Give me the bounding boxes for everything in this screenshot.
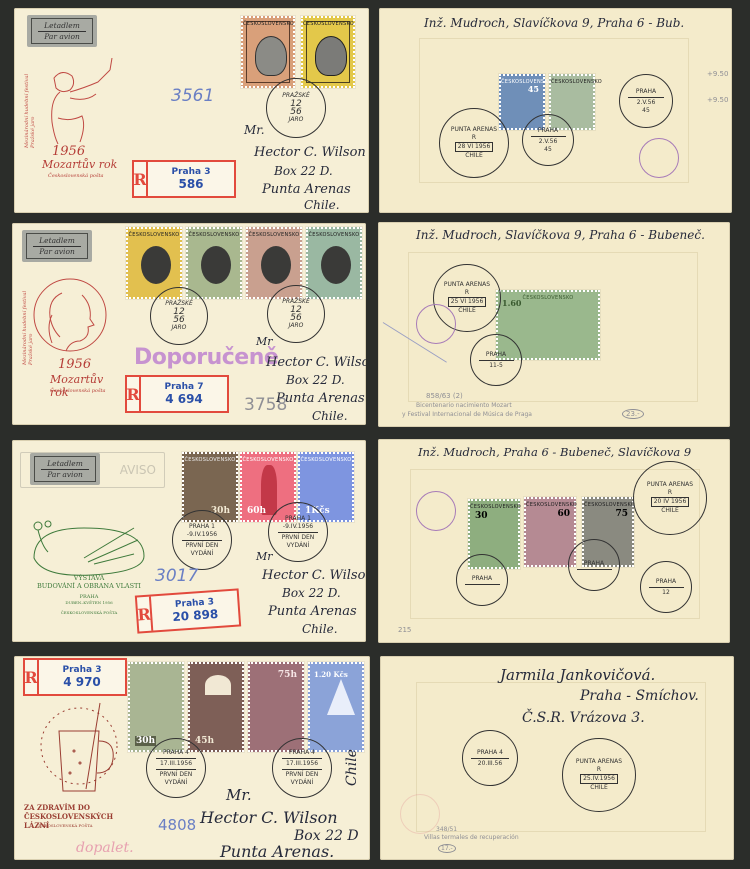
stamp: ČESKOSLOVENSKO xyxy=(241,16,295,88)
spa-cachet: ZA ZDRAVÍM DO ČESKOSLOVENSKÝCH LÁZNÍ ČES… xyxy=(24,701,139,831)
cover-3-back: Inž. Mudroch, Praha 6 - Bubeneč, Slavíčk… xyxy=(378,439,730,643)
pencil-note: +9.50 xyxy=(707,70,728,78)
pencil-price: 23.- xyxy=(622,409,644,419)
address-city: Punta Arenas xyxy=(262,182,351,197)
violet-handstamp xyxy=(416,304,456,344)
address-city: Punta Arenas xyxy=(268,604,357,619)
postmark-punta-arenas: PUNTA ARENAS R 20 IV 1956 CHILE xyxy=(633,461,707,535)
postmark-praha: PRAHA xyxy=(456,554,508,606)
pencil-note: 215 xyxy=(398,626,411,634)
glass-mug-icon xyxy=(24,701,139,801)
address-country: Chile. xyxy=(304,198,340,212)
pencil-note: y Festival Internacional de Música de Pr… xyxy=(402,411,532,418)
address-name: Hector C. Wilson xyxy=(254,145,366,160)
palette-brushes-icon xyxy=(24,518,154,578)
pencil-number: 4808 xyxy=(158,816,196,834)
postmark-praha: PRAHA 11-5 xyxy=(470,334,522,386)
address-name: Hector C. Wilson xyxy=(266,355,366,370)
postmark-praha: PRAHA 4 20.III.56 xyxy=(462,730,518,786)
pencil-note: Bicentenario nacimiento Mozart xyxy=(416,402,512,409)
cover-2-front: LetadlemPar avion Mezinárodní hudební fe… xyxy=(12,223,366,425)
address-box: Box 22 D. xyxy=(282,586,341,600)
pencil-number: 3017 xyxy=(155,566,198,586)
sender-city: Praha - Smíchov. xyxy=(580,688,699,704)
cover-1-back: Inž. Mudroch, Slavíčkova 9, Praha 6 - Bu… xyxy=(379,8,732,213)
postmark-first-day: PRAHA 1 -9.IV.1956 PRVNÍ DEN VYDÁNÍ xyxy=(172,510,232,570)
cover-2-back: Inž. Mudroch, Slavíčkova 9, Praha 6 - Bu… xyxy=(378,222,730,427)
stamp: 1.20 Kčs xyxy=(308,662,364,752)
faint-red-handstamp xyxy=(400,794,440,834)
mozart-cachet: Mezinárodní hudební festival Pražské jar… xyxy=(22,275,117,405)
address-salutation: Mr. xyxy=(244,123,265,137)
postmark-punta-arenas: PUNTA ARENAS R 28 VI 1956 CHILE xyxy=(439,108,509,178)
postmark: PRAŽSKÉ 12 56 JARO xyxy=(267,285,325,343)
address-box: Box 22 D. xyxy=(274,164,333,178)
registration-label: R Praha 3586 xyxy=(132,160,236,198)
registration-label: R Praha 74 694 xyxy=(125,375,229,413)
violet-handstamp xyxy=(639,138,679,178)
cover-4-front: R Praha 34 970 ZA ZDRAVÍM DO ČESKOSLOVEN… xyxy=(14,656,370,860)
cover-3-front: LetadlemPar avion AVISO VÝSTAVA BUDOVÁNÍ… xyxy=(12,440,366,642)
postmark-praha: PRAHA 2.V.56 45 xyxy=(619,74,673,128)
address-salutation: Mr xyxy=(256,335,273,348)
stamp: ČESKOSLOVENSKO xyxy=(301,16,355,88)
faint-aviso-handstamp: AVISO xyxy=(20,452,165,488)
stamp: ČESKOSLOVENSKO xyxy=(306,227,362,299)
pencil-number: 3561 xyxy=(171,86,214,106)
sender-name: Jarmila Jankovičová. xyxy=(500,666,655,684)
pink-handwritten-note: dopalet. xyxy=(76,840,134,856)
airmail-label: LetadlemPar avion xyxy=(27,15,97,47)
address-country: Chile. xyxy=(312,409,348,423)
address-salutation: Mr. xyxy=(226,786,252,804)
sender-address: Inž. Mudroch, Slavíčkova 9, Praha 6 - Bu… xyxy=(424,16,684,30)
postmark-first-day: PRAHA 4 17.III.1956 PRVNÍ DEN VYDÁNÍ xyxy=(272,738,332,798)
pencil-note: 348/51 xyxy=(436,826,457,833)
sender-address: Inž. Mudroch, Slavíčkova 9, Praha 6 - Bu… xyxy=(416,228,705,242)
doporucene-handstamp: Doporučeně xyxy=(134,345,278,370)
address-salutation: Mr xyxy=(256,550,273,563)
mozart-cachet: Mezinárodní hudební festival Pražské jar… xyxy=(24,58,119,188)
violet-handstamp xyxy=(416,491,456,531)
postmark-first-day: PRAHA 1 -9.IV.1956 PRVNÍ DEN VYDÁNÍ xyxy=(268,502,328,562)
exhibition-cachet: VÝSTAVA BUDOVÁNÍ A OBRANA VLASTI PRAHA D… xyxy=(24,518,154,628)
postmark: PRAŽSKÉ 12 56 JARO xyxy=(150,287,208,345)
address-country: Chile. xyxy=(302,622,338,636)
postmark-praha: PRAHA xyxy=(568,539,620,591)
cover-4-back: Jarmila Jankovičová. Praha - Smíchov. Č.… xyxy=(380,656,734,860)
pencil-price: 17.- xyxy=(438,844,456,853)
address-city: Punta Arenas. xyxy=(220,842,334,860)
address-country-vertical: Chile xyxy=(344,749,360,786)
registration-label: R Praha 34 970 xyxy=(23,658,127,696)
pencil-note: 858/63 (2) xyxy=(426,392,463,400)
registration-label: R Praha 320 898 xyxy=(135,588,241,633)
address-name: Hector C. Wilson xyxy=(262,568,366,583)
cover-1-front: LetadlemPar avion Mezinárodní hudební fe… xyxy=(14,8,369,213)
postmark-praha: PRAHA 2.V.56 45 xyxy=(522,114,574,166)
postmark-punta-arenas: PUNTA ARENAS R 25.IV.1956 CHILE xyxy=(562,738,636,812)
airmail-label: LetadlemPar avion xyxy=(22,230,92,262)
stamp: 45h xyxy=(188,662,244,752)
stamp: ČESKOSLOVENSKO xyxy=(186,227,242,299)
sender-address: Inž. Mudroch, Praha 6 - Bubeneč, Slavíčk… xyxy=(418,445,691,459)
address-city: Punta Arenas xyxy=(276,391,365,406)
postmark-first-day: PRAHA 4 17.III.1956 PRVNÍ DEN VYDÁNÍ xyxy=(146,738,206,798)
address-name: Hector C. Wilson xyxy=(200,808,338,827)
postmark: PRAŽSKÉ 12 56 JARO xyxy=(266,78,326,138)
pencil-note: Villas termales de recuperación xyxy=(424,834,519,841)
pencil-note: +9.50 xyxy=(707,96,728,104)
postmark-praha: PRAHA 12 xyxy=(640,561,692,613)
sender-street: Č.S.R. Vrázova 3. xyxy=(522,710,645,726)
address-box: Box 22 D. xyxy=(286,373,345,387)
